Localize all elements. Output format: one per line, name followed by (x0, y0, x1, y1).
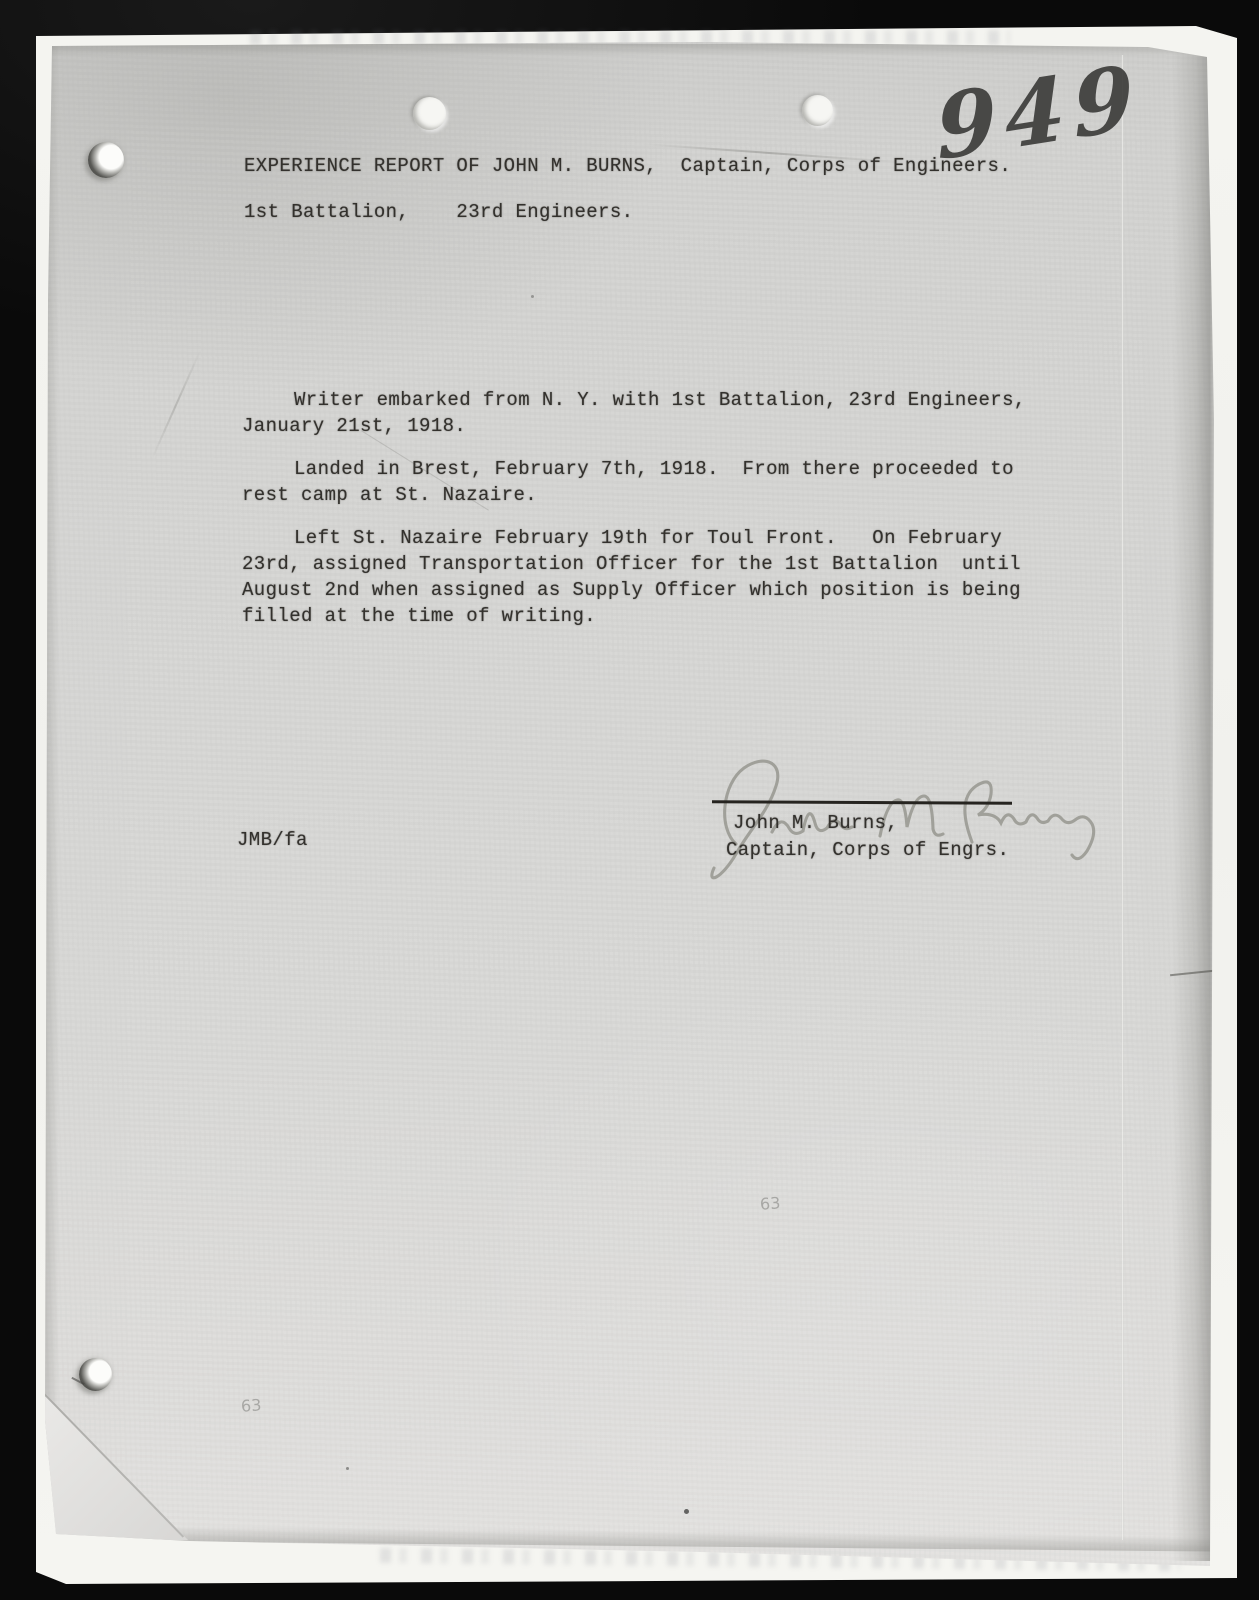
paper-fastener-bottom (79, 1358, 112, 1391)
scratch-mark (151, 350, 202, 460)
punch-hole-left (413, 97, 446, 130)
page-edge-shadow-right (1172, 46, 1214, 1561)
paragraph-assignments: Left St. Nazaire February 19th for Toul … (242, 525, 1044, 629)
typed-signature-title: Captain, Corps of Engrs. (726, 837, 1009, 863)
ink-speck (346, 1467, 349, 1470)
ink-speck (684, 1509, 689, 1514)
typed-signature-name: John M. Burns, (733, 810, 898, 836)
faint-pencil-mark: 63 (240, 1395, 262, 1415)
paragraph-landing: Landed in Brest, February 7th, 1918. Fro… (242, 456, 1044, 508)
paper-fastener-top (88, 142, 124, 178)
page-edge-shadow-top (52, 44, 1210, 56)
ink-speck (531, 295, 534, 298)
scanned-document-canvas: EXPERIENCE REPORT OF JOHN M. BURNS, Capt… (0, 0, 1259, 1600)
typist-initials: JMB/fa (237, 827, 308, 853)
report-title-line2: 1st Battalion, 23rd Engineers. (244, 199, 844, 225)
report-title-line1: EXPERIENCE REPORT OF JOHN M. BURNS, Capt… (244, 153, 1054, 179)
vertical-crease (1121, 55, 1124, 1540)
document-page: EXPERIENCE REPORT OF JOHN M. BURNS, Capt… (0, 0, 1259, 1600)
punch-hole-right (802, 95, 833, 126)
paragraph-embarkation: Writer embarked from N. Y. with 1st Batt… (242, 387, 1044, 439)
faint-pencil-mark: 63 (759, 1193, 781, 1213)
